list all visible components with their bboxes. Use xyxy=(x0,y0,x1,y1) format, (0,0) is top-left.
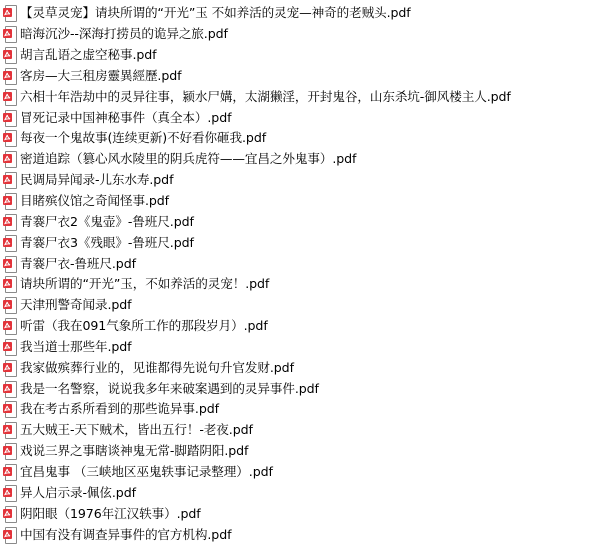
file-name: 阴阳眼（1976年江汉轶事）.pdf xyxy=(20,506,201,522)
file-item[interactable]: 天津刑警奇闻录.pdf xyxy=(0,295,592,316)
file-item[interactable]: 客房—大三租房靈異經歷.pdf xyxy=(0,66,592,87)
pdf-file-icon xyxy=(3,68,16,84)
file-item[interactable]: 异人启示录-佩伭.pdf xyxy=(0,482,592,503)
file-item[interactable]: 【灵草灵宠】请块所谓的“开光”玉 不如养活的灵宠—神奇的老贼头.pdf xyxy=(0,3,592,24)
file-list: 【灵草灵宠】请块所谓的“开光”玉 不如养活的灵宠—神奇的老贼头.pdf 暗海沉沙… xyxy=(0,3,592,545)
file-item[interactable]: 青褰尸衣-鲁班尺.pdf xyxy=(0,253,592,274)
pdf-file-icon xyxy=(3,256,16,272)
pdf-file-icon xyxy=(3,381,16,397)
pdf-file-icon xyxy=(3,485,16,501)
pdf-file-icon xyxy=(3,422,16,438)
file-item[interactable]: 青褰尸衣2《鬼壶》-鲁班尺.pdf xyxy=(0,211,592,232)
pdf-file-icon xyxy=(3,193,16,209)
file-name: 请块所谓的“开光”玉，不如养活的灵宠！.pdf xyxy=(20,276,269,292)
file-name: 听雷（我在091气象所工作的那段岁月）.pdf xyxy=(20,318,268,334)
pdf-file-icon xyxy=(3,214,16,230)
file-item[interactable]: 阴阳眼（1976年江汉轶事）.pdf xyxy=(0,503,592,524)
file-name: 中国有没有调查异事件的官方机构.pdf xyxy=(20,527,231,543)
pdf-file-icon xyxy=(3,130,16,146)
file-item[interactable]: 密道追踪（篡心风水陵里的阴兵虎符——宜昌之外鬼事）.pdf xyxy=(0,149,592,170)
file-name: 我家做殡葬行业的，见谁都得先说句升官发财.pdf xyxy=(20,360,294,376)
file-name: 宜昌鬼事 （三峡地区巫鬼轶事记录整理）.pdf xyxy=(20,464,273,480)
file-item[interactable]: 中国有没有调查异事件的官方机构.pdf xyxy=(0,524,592,545)
file-name: 青褰尸衣2《鬼壶》-鲁班尺.pdf xyxy=(20,214,194,230)
file-name: 我在考古系所看到的那些诡异事.pdf xyxy=(20,401,219,417)
file-name: 客房—大三租房靈異經歷.pdf xyxy=(20,68,181,84)
file-item[interactable]: 六相十年浩劫中的灵异往事，颍水尸媾，太湖獭淫，开封鬼谷，山东杀坑-御风楼主人.p… xyxy=(0,86,592,107)
file-name: 胡言乱语之虚空秘事.pdf xyxy=(20,47,156,63)
file-item[interactable]: 目睹殡仪馆之奇闻怪事.pdf xyxy=(0,191,592,212)
file-item[interactable]: 我当道士那些年.pdf xyxy=(0,337,592,358)
file-name: 我是一名警察，说说我多年来破案遇到的灵异事件.pdf xyxy=(20,381,319,397)
pdf-file-icon xyxy=(3,235,16,251)
file-item[interactable]: 听雷（我在091气象所工作的那段岁月）.pdf xyxy=(0,316,592,337)
file-name: 异人启示录-佩伭.pdf xyxy=(20,485,136,501)
file-name: 我当道士那些年.pdf xyxy=(20,339,131,355)
file-name: 六相十年浩劫中的灵异往事，颍水尸媾，太湖獭淫，开封鬼谷，山东杀坑-御风楼主人.p… xyxy=(20,89,511,105)
file-name: 暗海沉沙--深海打捞员的诡异之旅.pdf xyxy=(20,26,228,42)
file-item[interactable]: 暗海沉沙--深海打捞员的诡异之旅.pdf xyxy=(0,24,592,45)
pdf-file-icon xyxy=(3,506,16,522)
file-name: 每夜一个鬼故事(连续更新)不好看你砸我.pdf xyxy=(20,130,266,146)
pdf-file-icon xyxy=(3,297,16,313)
file-item[interactable]: 宜昌鬼事 （三峡地区巫鬼轶事记录整理）.pdf xyxy=(0,462,592,483)
pdf-file-icon xyxy=(3,318,16,334)
file-item[interactable]: 五大贼王-天下贼术，皆出五行！-老夜.pdf xyxy=(0,420,592,441)
pdf-file-icon xyxy=(3,5,16,21)
pdf-file-icon xyxy=(3,360,16,376)
pdf-file-icon xyxy=(3,26,16,42)
pdf-file-icon xyxy=(3,47,16,63)
pdf-file-icon xyxy=(3,276,16,292)
pdf-file-icon xyxy=(3,172,16,188)
pdf-file-icon xyxy=(3,89,16,105)
pdf-file-icon xyxy=(3,464,16,480)
file-name: 冒死记录中国神秘事件（真全本）.pdf xyxy=(20,110,231,126)
file-item[interactable]: 每夜一个鬼故事(连续更新)不好看你砸我.pdf xyxy=(0,128,592,149)
file-name: 戏说三界之事瞎谈神鬼无常-脚踏阴阳.pdf xyxy=(20,443,248,459)
file-name: 青褰尸衣3《残眼》-鲁班尺.pdf xyxy=(20,235,194,251)
pdf-file-icon xyxy=(3,110,16,126)
file-item[interactable]: 青褰尸衣3《残眼》-鲁班尺.pdf xyxy=(0,232,592,253)
file-item[interactable]: 我家做殡葬行业的，见谁都得先说句升官发财.pdf xyxy=(0,357,592,378)
file-name: 五大贼王-天下贼术，皆出五行！-老夜.pdf xyxy=(20,422,253,438)
file-item[interactable]: 胡言乱语之虚空秘事.pdf xyxy=(0,45,592,66)
file-item[interactable]: 冒死记录中国神秘事件（真全本）.pdf xyxy=(0,107,592,128)
pdf-file-icon xyxy=(3,339,16,355)
file-item[interactable]: 民调局异闻录-儿东水寿.pdf xyxy=(0,170,592,191)
pdf-file-icon xyxy=(3,151,16,167)
file-name: 青褰尸衣-鲁班尺.pdf xyxy=(20,256,136,272)
file-name: 【灵草灵宠】请块所谓的“开光”玉 不如养活的灵宠—神奇的老贼头.pdf xyxy=(20,5,411,21)
file-name: 天津刑警奇闻录.pdf xyxy=(20,297,131,313)
pdf-file-icon xyxy=(3,401,16,417)
file-name: 密道追踪（篡心风水陵里的阴兵虎符——宜昌之外鬼事）.pdf xyxy=(20,151,356,167)
file-name: 目睹殡仪馆之奇闻怪事.pdf xyxy=(20,193,169,209)
file-item[interactable]: 请块所谓的“开光”玉，不如养活的灵宠！.pdf xyxy=(0,274,592,295)
pdf-file-icon xyxy=(3,443,16,459)
file-name: 民调局异闻录-儿东水寿.pdf xyxy=(20,172,173,188)
pdf-file-icon xyxy=(3,527,16,543)
file-item[interactable]: 戏说三界之事瞎谈神鬼无常-脚踏阴阳.pdf xyxy=(0,441,592,462)
file-item[interactable]: 我是一名警察，说说我多年来破案遇到的灵异事件.pdf xyxy=(0,378,592,399)
file-item[interactable]: 我在考古系所看到的那些诡异事.pdf xyxy=(0,399,592,420)
